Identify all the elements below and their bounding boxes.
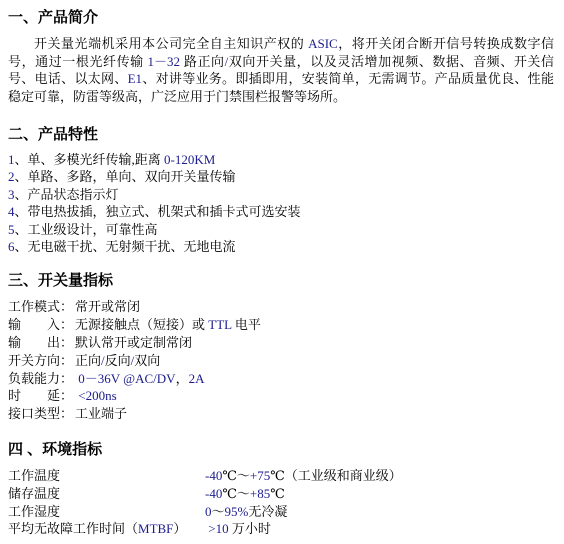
spec-label: 时 延： <box>8 387 75 405</box>
env-spec-table: 工作温度 -40℃～+75℃（工业级和商业级） 储存温度 -40℃～+85℃ 工… <box>8 467 554 538</box>
feature-item: 2、单路、多路，单向、双向开关量传输 <box>8 168 554 185</box>
spec-row: 时 延： <200ns <box>8 387 554 405</box>
spec-row: 输 入： 无源接触点（短接）或 TTL 电平 <box>8 316 554 334</box>
spec-value: 工业端子 <box>75 405 127 423</box>
document-page: 一、产品简介 开关量光端机采用本公司完全自主知识产权的 ASIC，将开关闭合断开… <box>0 0 564 544</box>
spec-value: 0～95%无冷凝 <box>205 503 287 521</box>
spec-row: 工作温度 -40℃～+75℃（工业级和商业级） <box>8 467 554 485</box>
feature-item: 6、无电磁干扰、无射频干扰、无地电流 <box>8 238 554 255</box>
spec-value: >10 万小时 <box>205 520 271 538</box>
spec-row: 接口类型： 工业端子 <box>8 405 554 423</box>
spec-value: 无源接触点（短接）或 TTL 电平 <box>75 316 261 334</box>
spec-value: 常开或常闭 <box>75 298 140 316</box>
spec-value: 0－36V @AC/DV，2A <box>75 370 204 388</box>
spec-label: 开关方向： <box>8 352 75 370</box>
feature-item: 4、带电热拔插，独立式、机架式和插卡式可选安装 <box>8 203 554 220</box>
spec-value: 默认常开或定制常闭 <box>75 334 192 352</box>
spec-label: 工作湿度 <box>8 503 205 521</box>
feature-item: 5、工业级设计，可靠性高 <box>8 221 554 238</box>
spec-value: <200ns <box>75 387 117 405</box>
spec-row: 平均无故障工作时间（MTBF） >10 万小时 <box>8 520 554 538</box>
section-title-switch-specs: 三、开关量指标 <box>8 271 554 290</box>
feature-list: 1、单、多模光纤传输,距离 0-120KM 2、单路、多路，单向、双向开关量传输… <box>8 151 554 255</box>
spec-label: 接口类型： <box>8 405 75 423</box>
spec-label: 输 出： <box>8 334 75 352</box>
switch-spec-table: 工作模式： 常开或常闭 输 入： 无源接触点（短接）或 TTL 电平 输 出： … <box>8 298 554 423</box>
spec-value: 正向/反向/双向 <box>75 352 160 370</box>
spec-label: 工作温度 <box>8 467 205 485</box>
spec-row: 输 出： 默认常开或定制常闭 <box>8 334 554 352</box>
section-title-env-specs: 四 、环境指标 <box>8 440 554 459</box>
spec-value: -40℃～+75℃（工业级和商业级） <box>205 467 402 485</box>
spec-label: 平均无故障工作时间（MTBF） <box>8 520 205 538</box>
section-title-intro: 一、产品简介 <box>8 8 554 27</box>
section-title-features: 二、产品特性 <box>8 125 554 144</box>
spec-label: 储存温度 <box>8 485 205 503</box>
spec-row: 工作模式： 常开或常闭 <box>8 298 554 316</box>
feature-item: 3、产品状态指示灯 <box>8 186 554 203</box>
spec-row: 储存温度 -40℃～+85℃ <box>8 485 554 503</box>
feature-item: 1、单、多模光纤传输,距离 0-120KM <box>8 151 554 168</box>
intro-paragraph: 开关量光端机采用本公司完全自主知识产权的 ASIC，将开关闭合断开信号转换成数字… <box>8 35 554 105</box>
spec-label: 工作模式： <box>8 298 75 316</box>
spec-row: 开关方向： 正向/反向/双向 <box>8 352 554 370</box>
spec-label: 输 入： <box>8 316 75 334</box>
spec-label: 负载能力： <box>8 370 75 388</box>
spec-value: -40℃～+85℃ <box>205 485 285 503</box>
spec-row: 工作湿度 0～95%无冷凝 <box>8 503 554 521</box>
spec-row: 负载能力： 0－36V @AC/DV，2A <box>8 370 554 388</box>
